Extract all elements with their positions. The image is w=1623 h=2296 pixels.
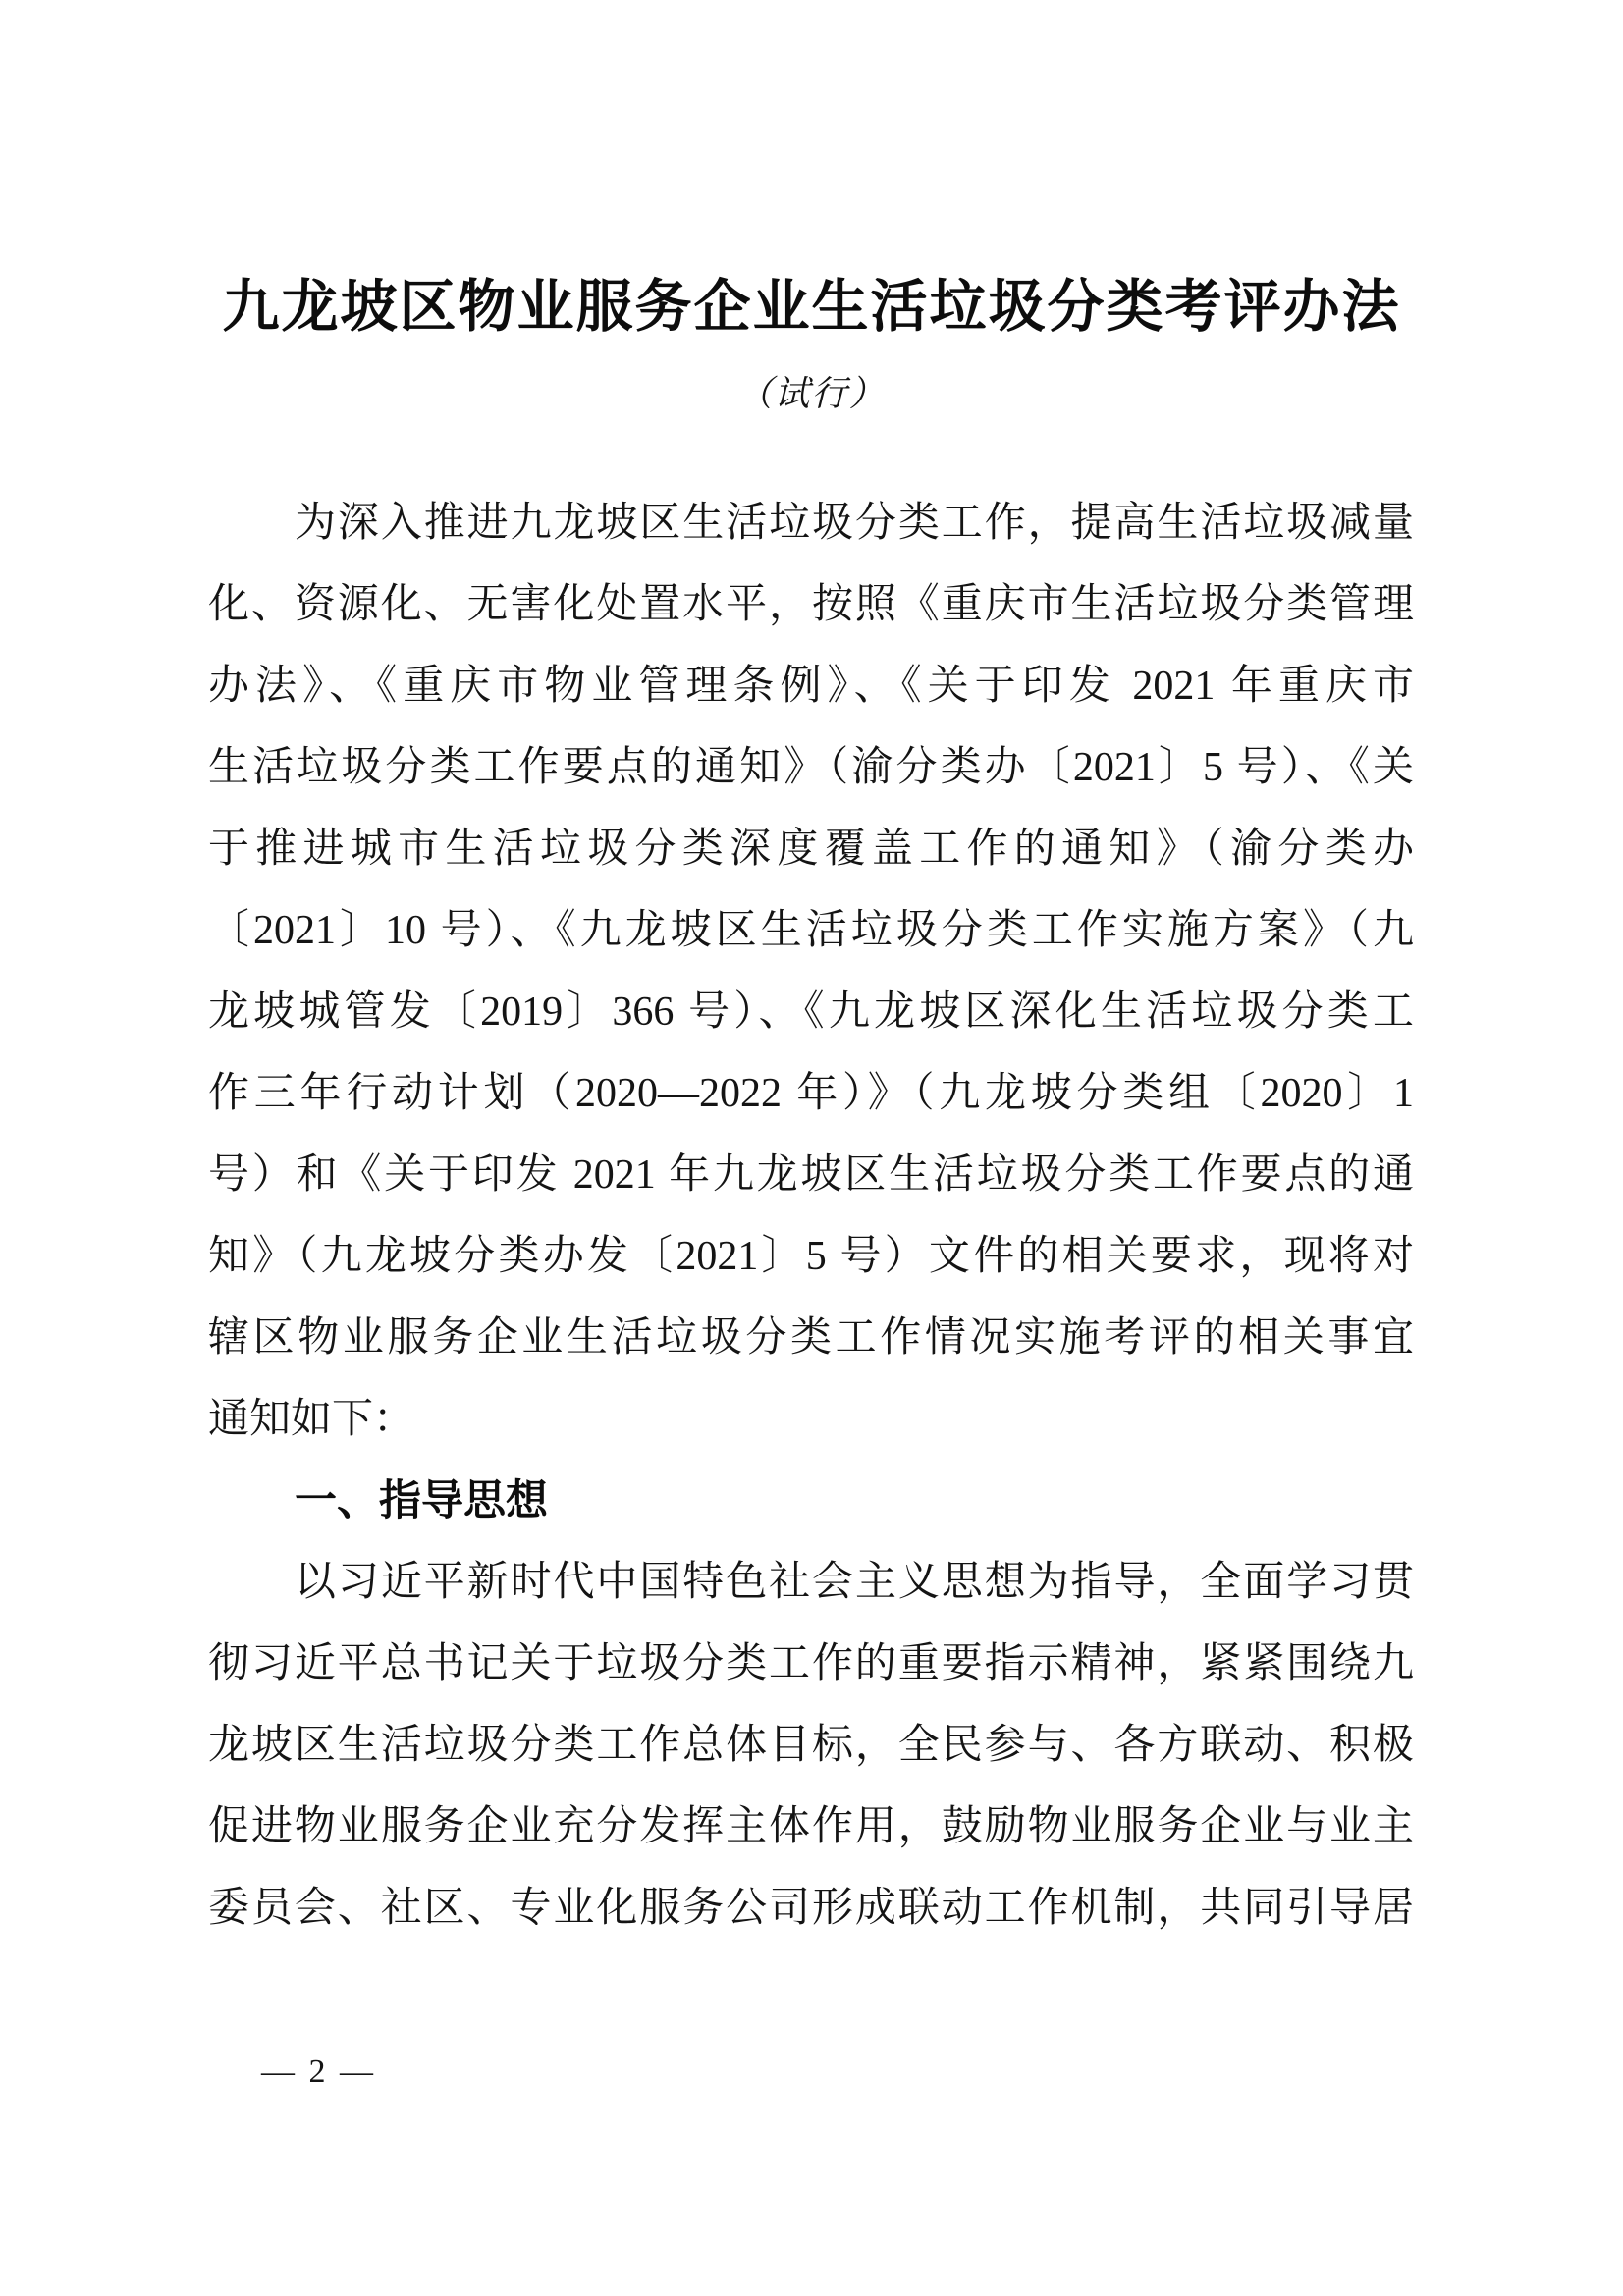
body-line: 委员会、社区、专业化服务公司形成联动工作机制，共同引导居 [208,1868,1414,1949]
document-title: 九龙坡区物业服务企业生活垃圾分类考评办法 [0,278,1623,337]
body-line: 辖区物业服务企业生活垃圾分类工作情况实施考评的相关事宜 [208,1298,1414,1379]
body-line: 通知如下： [208,1379,1414,1461]
body-line: 号）和《关于印发 2021 年九龙坡区生活垃圾分类工作要点的通 [208,1135,1414,1216]
body-line: 知》（九龙坡分类办发〔2021〕5 号）文件的相关要求，现将对 [208,1216,1414,1298]
document-body: 为深入推进九龙坡区生活垃圾分类工作，提高生活垃圾减量 化、资源化、无害化处置水平… [208,483,1414,1949]
page-number: — 2 — [261,2052,376,2093]
body-line: 化、资源化、无害化处置水平，按照《重庆市生活垃圾分类管理 [208,564,1414,646]
body-line: 〔2021〕10 号）、《九龙坡区生活垃圾分类工作实施方案》（九 [208,890,1414,972]
body-line: 于推进城市生活垃圾分类深度覆盖工作的通知》（渝分类办 [208,809,1414,890]
body-line: 促进物业服务企业充分发挥主体作用，鼓励物业服务企业与业主 [208,1787,1414,1868]
body-line: 以习近平新时代中国特色社会主义思想为指导，全面学习贯 [208,1542,1414,1624]
body-line: 龙坡城管发〔2019〕366 号）、《九龙坡区深化生活垃圾分类工 [208,972,1414,1053]
body-line: 龙坡区生活垃圾分类工作总体目标，全民参与、各方联动、积极 [208,1705,1414,1787]
body-line: 办法》、《重庆市物业管理条例》、《关于印发 2021 年重庆市 [208,646,1414,727]
body-line: 作三年行动计划（2020—2022 年）》（九龙坡分类组〔2020〕1 [208,1053,1414,1135]
document-page: 九龙坡区物业服务企业生活垃圾分类考评办法 （试行） 为深入推进九龙坡区生活垃圾分… [0,0,1623,2296]
body-line: 为深入推进九龙坡区生活垃圾分类工作，提高生活垃圾减量 [208,483,1414,564]
body-line: 彻习近平总书记关于垃圾分类工作的重要指示精神，紧紧围绕九 [208,1624,1414,1705]
body-line: 生活垃圾分类工作要点的通知》（渝分类办〔2021〕5 号）、《关 [208,727,1414,809]
section-heading: 一、指导思想 [208,1461,1414,1542]
document-subtitle: （试行） [0,371,1623,416]
